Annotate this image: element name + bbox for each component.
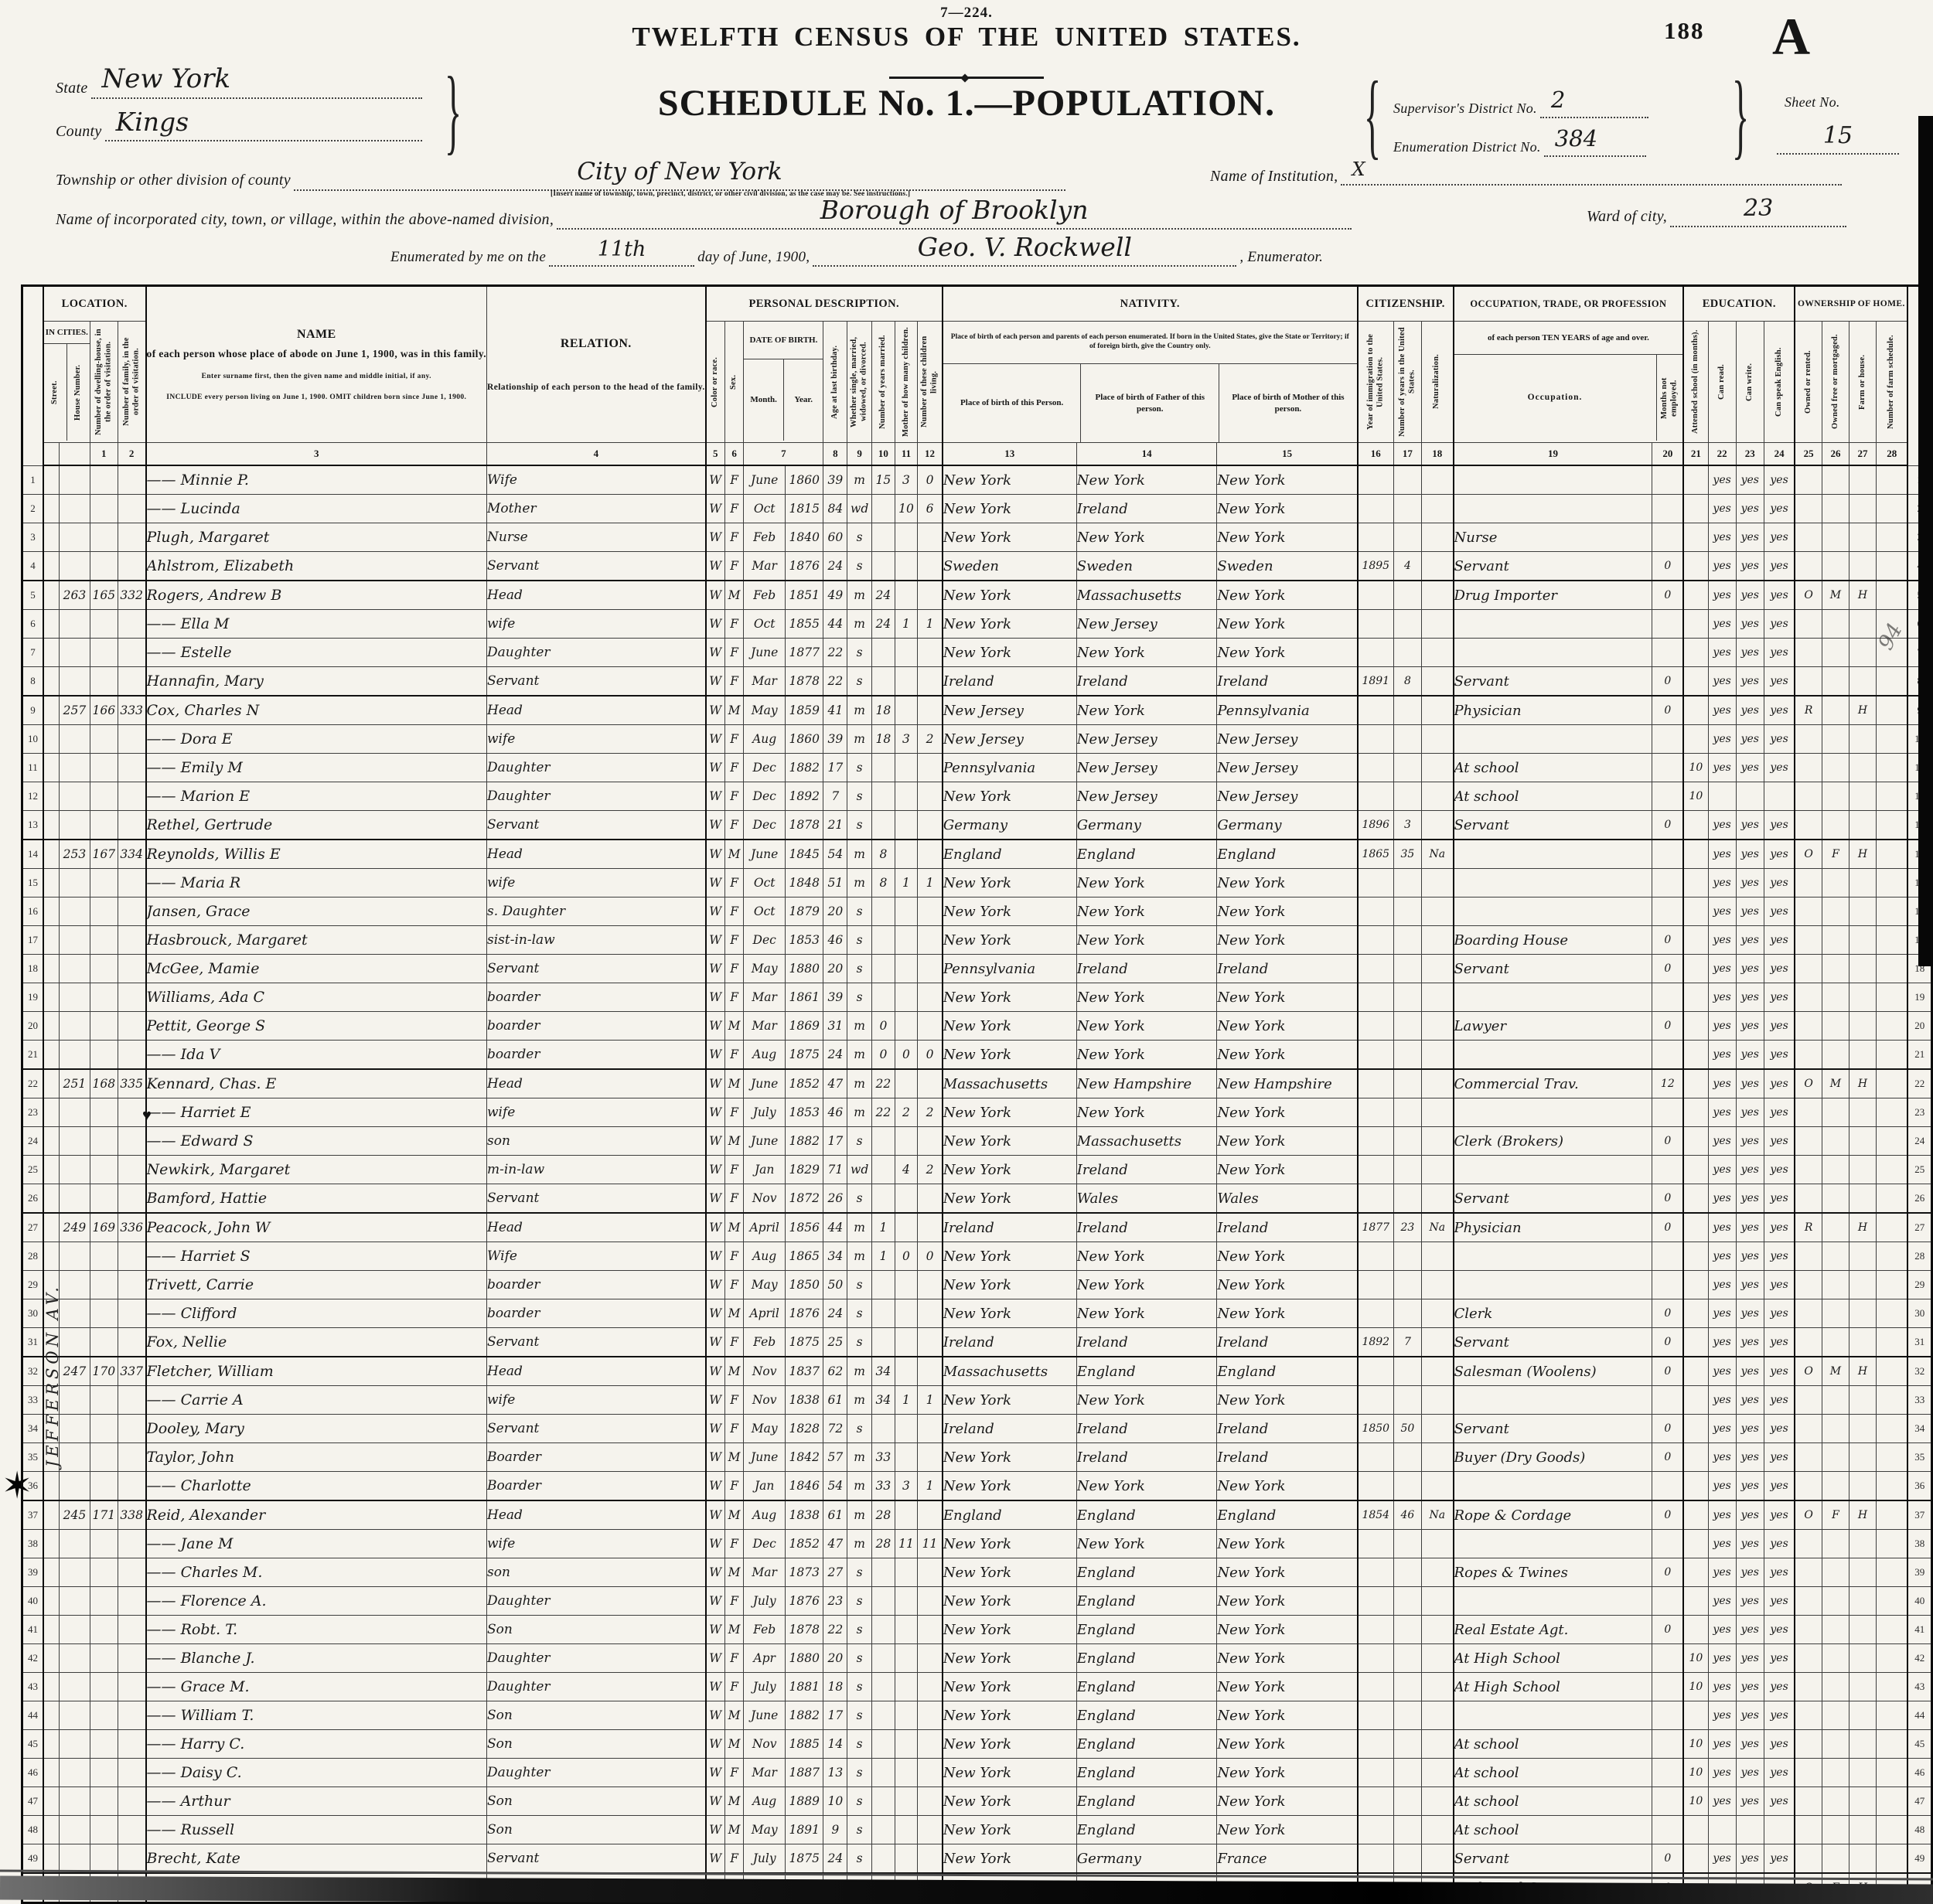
- cell-mother-of-children: [895, 639, 918, 667]
- cell-owned-free-mortgaged: [1822, 782, 1849, 811]
- cell-relation: Daughter: [487, 1587, 706, 1616]
- col-house-number: House Number.: [73, 347, 84, 438]
- cell-birth-year: 1851: [786, 581, 823, 610]
- cell-color-race: W: [706, 1530, 725, 1558]
- cell-immigration-year: [1358, 782, 1394, 811]
- cell-farm-schedule: [1877, 1415, 1908, 1443]
- cell-mother-of-children: [895, 840, 918, 869]
- census-row: 24 —— Edward S son W M June 1882 17 s Ne…: [22, 1127, 1932, 1156]
- cell-color-race: W: [706, 1787, 725, 1816]
- cell-family-number: [118, 495, 145, 523]
- cell-children-living: [918, 955, 943, 983]
- cell-naturalization: [1422, 1271, 1454, 1299]
- cell-house-number: [60, 1472, 90, 1501]
- cell-color-race: W: [706, 1730, 725, 1759]
- margin-star-mark: ✶: [2, 1464, 32, 1507]
- cell-sex: M: [724, 1701, 743, 1730]
- cell-naturalization: [1422, 955, 1454, 983]
- cell-color-race: W: [706, 1271, 725, 1299]
- cell-can-write: yes: [1736, 955, 1764, 983]
- cell-relation: Son: [487, 1616, 706, 1644]
- cell-birth-year: 1891: [786, 1816, 823, 1844]
- cell-house-number: [60, 1415, 90, 1443]
- cell-immigration-year: [1358, 1271, 1394, 1299]
- cell-children-living: [918, 1730, 943, 1759]
- cell-occupation: Salesman (Woolens): [1454, 1357, 1652, 1386]
- cell-years-married: 24: [872, 581, 895, 610]
- cell-dwelling-number: [90, 811, 118, 840]
- cell-can-write: yes: [1736, 495, 1764, 523]
- cell-owned-rented: [1795, 1415, 1822, 1443]
- cell-years-married: 33: [872, 1472, 895, 1501]
- cell-naturalization: [1422, 1328, 1454, 1357]
- cell-sex: F: [724, 1098, 743, 1127]
- cell-immigration-year: [1358, 1844, 1394, 1874]
- cell-birthplace-father: England: [1076, 1816, 1217, 1844]
- column-number: 26: [1822, 443, 1849, 466]
- cell-name: —— Charlotte: [146, 1472, 487, 1501]
- cell-age: 54: [823, 1472, 847, 1501]
- cell-sex: F: [724, 1041, 743, 1070]
- census-title: TWELFTH CENSUS OF THE UNITED STATES.: [0, 22, 1933, 53]
- cell-can-read: yes: [1708, 1127, 1736, 1156]
- census-row: 2 —— Lucinda Mother W F Oct 1815 84 wd 1…: [22, 495, 1932, 523]
- cell-relation: Head: [487, 840, 706, 869]
- cell-street: [43, 1472, 60, 1501]
- cell-farm-schedule: [1877, 1012, 1908, 1041]
- col-farm-schedule: Number of farm schedule.: [1877, 322, 1908, 443]
- cell-attended-school: [1683, 1069, 1708, 1098]
- column-number: 4: [487, 443, 706, 466]
- cell-birthplace-mother: New York: [1217, 1299, 1358, 1328]
- cell-birthplace-person: New York: [943, 1156, 1076, 1184]
- row-number-right: 24: [1907, 1127, 1931, 1156]
- cell-mother-of-children: [895, 1587, 918, 1616]
- col-can-write: Can write.: [1736, 322, 1764, 443]
- cell-birth-year: 1876: [786, 552, 823, 581]
- cell-farm-or-house: [1849, 523, 1877, 552]
- row-number-left: 47: [22, 1787, 43, 1816]
- cell-house-number: 253: [60, 840, 90, 869]
- cell-marital-status: s: [847, 1673, 872, 1701]
- cell-birthplace-father: New York: [1076, 1098, 1217, 1127]
- cell-owned-free-mortgaged: [1822, 955, 1849, 983]
- cell-birthplace-father: New York: [1076, 1299, 1217, 1328]
- cell-sex: F: [724, 898, 743, 926]
- cell-family-number: [118, 1328, 145, 1357]
- cell-family-number: [118, 782, 145, 811]
- census-row: 20 Pettit, George S boarder W M Mar 1869…: [22, 1012, 1932, 1041]
- cell-farm-or-house: H: [1849, 1213, 1877, 1242]
- cell-birth-month: July: [744, 1673, 786, 1701]
- cell-years-in-us: [1393, 1299, 1421, 1328]
- cell-naturalization: [1422, 1616, 1454, 1644]
- cell-dwelling-number: [90, 1242, 118, 1271]
- cell-dwelling-number: 169: [90, 1213, 118, 1242]
- cell-occupation: Physician: [1454, 696, 1652, 725]
- cell-can-write: yes: [1736, 1759, 1764, 1787]
- row-number-left: 26: [22, 1184, 43, 1214]
- cell-immigration-year: [1358, 983, 1394, 1012]
- cell-can-speak-english: yes: [1764, 754, 1795, 782]
- census-row: 47 —— Arthur Son W M Aug 1889 10 s New Y…: [22, 1787, 1932, 1816]
- cell-immigration-year: 1892: [1358, 1328, 1394, 1357]
- cell-owned-rented: [1795, 1844, 1822, 1874]
- cell-birth-month: June: [744, 1127, 786, 1156]
- cell-age: 27: [823, 1558, 847, 1587]
- cell-mother-of-children: [895, 1616, 918, 1644]
- cell-relation: Boarder: [487, 1472, 706, 1501]
- cell-farm-schedule: [1877, 1530, 1908, 1558]
- cell-owned-free-mortgaged: [1822, 610, 1849, 639]
- cell-birth-year: 1875: [786, 1328, 823, 1357]
- cell-family-number: [118, 1844, 145, 1874]
- cell-can-write: yes: [1736, 840, 1764, 869]
- cell-sex: F: [724, 1156, 743, 1184]
- cell-can-read: yes: [1708, 1730, 1736, 1759]
- cell-years-in-us: [1393, 926, 1421, 955]
- cell-children-living: 6: [918, 495, 943, 523]
- cell-color-race: W: [706, 1472, 725, 1501]
- cell-can-read: yes: [1708, 898, 1736, 926]
- cell-occupation: Clerk: [1454, 1299, 1652, 1328]
- cell-naturalization: [1422, 1184, 1454, 1214]
- cell-owned-free-mortgaged: [1822, 926, 1849, 955]
- cell-family-number: 332: [118, 581, 145, 610]
- census-row: 33 —— Carrie A wife W F Nov 1838 61 m 34…: [22, 1386, 1932, 1415]
- cell-dwelling-number: [90, 869, 118, 898]
- cell-street: [43, 926, 60, 955]
- cell-marital-status: s: [847, 1759, 872, 1787]
- cell-birthplace-father: New York: [1076, 696, 1217, 725]
- column-number: 6: [724, 443, 743, 466]
- col-marital-status: Whether single, married, widowed, or div…: [847, 322, 872, 443]
- cell-name: Rethel, Gertrude: [146, 811, 487, 840]
- cell-marital-status: m: [847, 1386, 872, 1415]
- col-group-education: EDUCATION.: [1683, 286, 1795, 322]
- cell-children-living: [918, 898, 943, 926]
- cell-dwelling-number: [90, 1472, 118, 1501]
- cell-naturalization: [1422, 926, 1454, 955]
- cell-age: 23: [823, 1587, 847, 1616]
- cell-age: 18: [823, 1673, 847, 1701]
- cell-color-race: W: [706, 754, 725, 782]
- cell-birthplace-mother: New York: [1217, 1673, 1358, 1701]
- cell-years-married: [872, 1730, 895, 1759]
- cell-mother-of-children: [895, 1127, 918, 1156]
- cell-months-not-employed: 12: [1652, 1069, 1683, 1098]
- census-row: 32 247 170 337 Fletcher, William Head W …: [22, 1357, 1932, 1386]
- cell-birthplace-father: England: [1076, 1500, 1217, 1530]
- cell-can-write: [1736, 782, 1764, 811]
- ward-field: 23: [1670, 203, 1846, 227]
- cell-owned-rented: [1795, 1127, 1822, 1156]
- cell-birth-month: May: [744, 1415, 786, 1443]
- cell-farm-or-house: [1849, 552, 1877, 581]
- sheet-field: 15: [1777, 130, 1899, 155]
- cell-house-number: [60, 754, 90, 782]
- cell-name: Plugh, Margaret: [146, 523, 487, 552]
- cell-years-in-us: [1393, 1844, 1421, 1874]
- cell-birthplace-person: New York: [943, 1184, 1076, 1214]
- cell-naturalization: [1422, 869, 1454, 898]
- cell-can-write: yes: [1736, 811, 1764, 840]
- cell-can-speak-english: yes: [1764, 1472, 1795, 1501]
- cell-family-number: [118, 1415, 145, 1443]
- row-number-right: 42: [1907, 1644, 1931, 1673]
- cell-birth-month: Mar: [744, 667, 786, 697]
- cell-family-number: [118, 1299, 145, 1328]
- cell-relation: Head: [487, 1069, 706, 1098]
- census-row: 26 Bamford, Hattie Servant W F Nov 1872 …: [22, 1184, 1932, 1214]
- census-row: 48 —— Russell Son W M May 1891 9 s New Y…: [22, 1816, 1932, 1844]
- cell-years-married: [872, 782, 895, 811]
- cell-can-write: yes: [1736, 1156, 1764, 1184]
- cell-birthplace-person: New York: [943, 898, 1076, 926]
- cell-attended-school: [1683, 1156, 1708, 1184]
- cell-birth-month: Mar: [744, 983, 786, 1012]
- cell-age: 24: [823, 552, 847, 581]
- cell-birth-year: 1850: [786, 1271, 823, 1299]
- col-occupation: Occupation.: [1526, 390, 1584, 405]
- cell-months-not-employed: 0: [1652, 1184, 1683, 1214]
- cell-can-speak-english: yes: [1764, 1156, 1795, 1184]
- cell-birth-year: 1882: [786, 1701, 823, 1730]
- cell-owned-rented: [1795, 1644, 1822, 1673]
- cell-children-living: 2: [918, 1098, 943, 1127]
- cell-birth-year: 1880: [786, 1644, 823, 1673]
- cell-family-number: 338: [118, 1500, 145, 1530]
- cell-dwelling-number: 165: [90, 581, 118, 610]
- col-group-relation: RELATION. Relationship of each person to…: [487, 286, 706, 443]
- cell-mother-of-children: [895, 1328, 918, 1357]
- cell-can-read: yes: [1708, 840, 1736, 869]
- sheet-label: Sheet No.: [1785, 94, 1840, 110]
- cell-dwelling-number: [90, 1558, 118, 1587]
- cell-owned-free-mortgaged: [1822, 1098, 1849, 1127]
- cell-color-race: W: [706, 1558, 725, 1587]
- cell-age: 71: [823, 1156, 847, 1184]
- cell-children-living: 1: [918, 610, 943, 639]
- cell-children-living: 0: [918, 1041, 943, 1070]
- cell-birthplace-father: New York: [1076, 926, 1217, 955]
- cell-months-not-employed: 0: [1652, 1415, 1683, 1443]
- column-number: 22: [1708, 443, 1736, 466]
- cell-years-married: 18: [872, 725, 895, 754]
- cell-immigration-year: [1358, 898, 1394, 926]
- cell-farm-schedule: [1877, 1242, 1908, 1271]
- cell-birth-year: 1815: [786, 495, 823, 523]
- cell-can-read: yes: [1708, 465, 1736, 495]
- cell-relation: Nurse: [487, 523, 706, 552]
- cell-immigration-year: [1358, 1443, 1394, 1472]
- cell-farm-or-house: [1849, 1386, 1877, 1415]
- col-owned-rented: Owned or rented.: [1795, 322, 1822, 443]
- cell-farm-or-house: [1849, 1616, 1877, 1644]
- sheet-letter: A: [1772, 6, 1810, 67]
- cell-birth-year: 1840: [786, 523, 823, 552]
- cell-relation: Daughter: [487, 639, 706, 667]
- cell-birthplace-mother: New York: [1217, 1730, 1358, 1759]
- cell-owned-free-mortgaged: [1822, 639, 1849, 667]
- cell-birthplace-father: New Jersey: [1076, 725, 1217, 754]
- cell-can-speak-english: yes: [1764, 1844, 1795, 1874]
- cell-naturalization: [1422, 898, 1454, 926]
- cell-birthplace-mother: New York: [1217, 1271, 1358, 1299]
- cell-naturalization: [1422, 667, 1454, 697]
- row-number-right: 26: [1907, 1184, 1931, 1214]
- cell-house-number: [60, 1616, 90, 1644]
- cell-house-number: [60, 782, 90, 811]
- cell-family-number: 333: [118, 696, 145, 725]
- cell-house-number: 263: [60, 581, 90, 610]
- cell-color-race: W: [706, 1069, 725, 1098]
- cell-sex: F: [724, 811, 743, 840]
- cell-birthplace-person: Ireland: [943, 667, 1076, 697]
- cell-months-not-employed: [1652, 1701, 1683, 1730]
- cell-children-living: [918, 552, 943, 581]
- census-row: 36 —— Charlotte Boarder W F Jan 1846 54 …: [22, 1472, 1932, 1501]
- col-attended-school: Attended school (in months).: [1683, 322, 1708, 443]
- cell-sex: F: [724, 1759, 743, 1787]
- cell-years-in-us: 23: [1393, 1213, 1421, 1242]
- cell-dwelling-number: [90, 1844, 118, 1874]
- cell-marital-status: m: [847, 1041, 872, 1070]
- cell-years-in-us: [1393, 1472, 1421, 1501]
- cell-birth-month: May: [744, 696, 786, 725]
- cell-age: 25: [823, 1328, 847, 1357]
- cell-can-write: yes: [1736, 1558, 1764, 1587]
- cell-family-number: [118, 955, 145, 983]
- col-street: Street.: [50, 347, 60, 438]
- cell-house-number: [60, 610, 90, 639]
- row-number-right: 40: [1907, 1587, 1931, 1616]
- cell-birthplace-person: Massachusetts: [943, 1357, 1076, 1386]
- cell-birthplace-person: Ireland: [943, 1213, 1076, 1242]
- cell-sex: M: [724, 1012, 743, 1041]
- cell-years-married: [872, 983, 895, 1012]
- cell-birthplace-mother: New York: [1217, 1242, 1358, 1271]
- cell-sex: F: [724, 495, 743, 523]
- cell-can-write: yes: [1736, 581, 1764, 610]
- column-number: 28: [1877, 443, 1908, 466]
- cell-family-number: [118, 667, 145, 697]
- cell-owned-rented: [1795, 1701, 1822, 1730]
- cell-owned-rented: O: [1795, 1069, 1822, 1098]
- cell-birthplace-mother: England: [1217, 1500, 1358, 1530]
- cell-mother-of-children: [895, 1816, 918, 1844]
- cell-occupation: Drug Importer: [1454, 581, 1652, 610]
- cell-color-race: W: [706, 811, 725, 840]
- cell-age: 49: [823, 581, 847, 610]
- cell-dwelling-number: [90, 1127, 118, 1156]
- census-row: 3 Plugh, Margaret Nurse W F Feb 1840 60 …: [22, 523, 1932, 552]
- cell-farm-or-house: [1849, 495, 1877, 523]
- row-number-right: 33: [1907, 1386, 1931, 1415]
- cell-attended-school: [1683, 1213, 1708, 1242]
- cell-farm-or-house: H: [1849, 696, 1877, 725]
- cell-birthplace-mother: New York: [1217, 495, 1358, 523]
- cell-can-speak-english: yes: [1764, 1012, 1795, 1041]
- cell-naturalization: [1422, 610, 1454, 639]
- cell-mother-of-children: [895, 811, 918, 840]
- cell-dwelling-number: [90, 1816, 118, 1844]
- cell-street: [43, 869, 60, 898]
- cell-sex: F: [724, 1184, 743, 1214]
- cell-can-write: yes: [1736, 1328, 1764, 1357]
- cell-children-living: [918, 696, 943, 725]
- cell-can-read: yes: [1708, 1328, 1736, 1357]
- cell-mother-of-children: [895, 782, 918, 811]
- cell-birthplace-mother: Sweden: [1217, 552, 1358, 581]
- census-row: 41 —— Robt. T. Son W M Feb 1878 22 s New…: [22, 1616, 1932, 1644]
- row-number-left: 39: [22, 1558, 43, 1587]
- cell-marital-status: wd: [847, 1156, 872, 1184]
- cell-immigration-year: [1358, 1386, 1394, 1415]
- cell-birth-month: June: [744, 465, 786, 495]
- cell-birth-month: Mar: [744, 552, 786, 581]
- cell-can-speak-english: yes: [1764, 1759, 1795, 1787]
- cell-name: —— Estelle: [146, 639, 487, 667]
- cell-relation: Son: [487, 1787, 706, 1816]
- cell-name: —— Dora E: [146, 725, 487, 754]
- cell-birth-year: 1878: [786, 1616, 823, 1644]
- cell-immigration-year: [1358, 1673, 1394, 1701]
- cell-sex: F: [724, 1587, 743, 1616]
- cell-name: —— Grace M.: [146, 1673, 487, 1701]
- cell-can-write: yes: [1736, 1213, 1764, 1242]
- cell-immigration-year: [1358, 581, 1394, 610]
- cell-relation: boarder: [487, 1271, 706, 1299]
- cell-owned-free-mortgaged: [1822, 869, 1849, 898]
- cell-months-not-employed: 0: [1652, 811, 1683, 840]
- cell-birth-year: 1865: [786, 1242, 823, 1271]
- cell-immigration-year: [1358, 465, 1394, 495]
- cell-dwelling-number: [90, 1271, 118, 1299]
- cell-owned-free-mortgaged: [1822, 1730, 1849, 1759]
- cell-sex: M: [724, 1616, 743, 1644]
- cell-owned-free-mortgaged: [1822, 725, 1849, 754]
- cell-birth-month: Oct: [744, 610, 786, 639]
- city-line: Name of incorporated city, town, or vill…: [56, 203, 1352, 230]
- row-number-right: 30: [1907, 1299, 1931, 1328]
- cell-can-read: yes: [1708, 523, 1736, 552]
- cell-farm-schedule: [1877, 1213, 1908, 1242]
- cell-color-race: W: [706, 581, 725, 610]
- cell-sex: M: [724, 1299, 743, 1328]
- enumeration-line: Enumeration District No. 384: [1393, 133, 1646, 157]
- cell-age: 17: [823, 754, 847, 782]
- row-number-right: 48: [1907, 1816, 1931, 1844]
- cell-owned-free-mortgaged: [1822, 1587, 1849, 1616]
- cell-years-married: 0: [872, 1012, 895, 1041]
- cell-can-speak-english: yes: [1764, 552, 1795, 581]
- cell-children-living: [918, 1271, 943, 1299]
- cell-dwelling-number: [90, 1759, 118, 1787]
- cell-birthplace-mother: New York: [1217, 983, 1358, 1012]
- cell-occupation: [1454, 983, 1652, 1012]
- cell-months-not-employed: [1652, 1156, 1683, 1184]
- cell-birth-year: 1875: [786, 1844, 823, 1874]
- cell-house-number: [60, 983, 90, 1012]
- cell-age: 62: [823, 1357, 847, 1386]
- row-number-right: 44: [1907, 1701, 1931, 1730]
- cell-birth-year: 1853: [786, 926, 823, 955]
- cell-sex: M: [724, 1357, 743, 1386]
- cell-months-not-employed: [1652, 1242, 1683, 1271]
- cell-name: —— Harriet S: [146, 1242, 487, 1271]
- census-row: 4 Ahlstrom, Elizabeth Servant W F Mar 18…: [22, 552, 1932, 581]
